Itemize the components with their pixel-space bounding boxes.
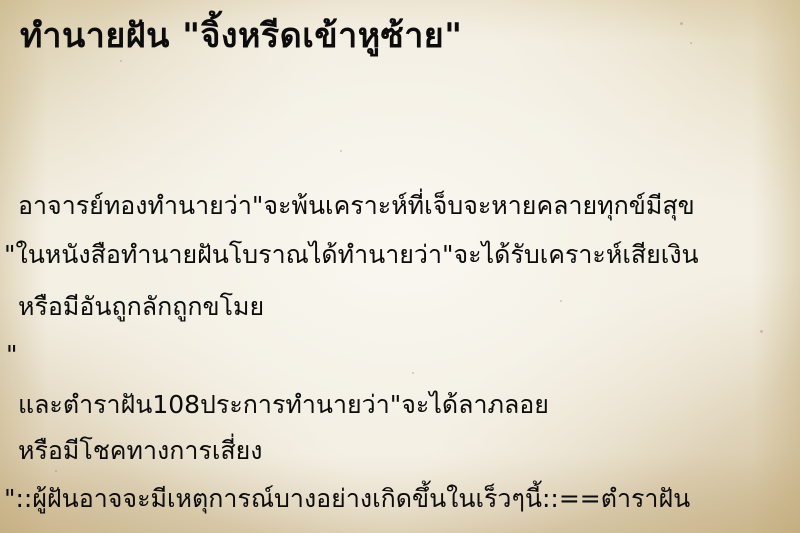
text-line: "::ผู้ฝันอาจจะมีเหตุการณ์บางอย่างเกิดขึ้… (4, 484, 690, 514)
text-line: " (6, 340, 18, 370)
paper-speck (680, 22, 683, 25)
page-title: ทำนายฝัน "จิ้งหรีดเข้าหูซ้าย" (20, 16, 462, 57)
paper-speck (690, 42, 692, 44)
text-line: "ในหนังสือทำนายฝันโบราณได้ทำนายว่า"จะได้… (4, 240, 699, 270)
paper-speck (55, 470, 57, 472)
paper-speck (560, 300, 562, 302)
paper-speck (120, 60, 122, 62)
text-line: หรือมีอันถูกลักถูกขโมย (18, 292, 264, 322)
text-line: และตำราฝัน108ประการทำนายว่า"จะได้ลาภลอย (18, 390, 549, 420)
text-line: อาจารย์ทองทำนายว่า"จะพ้นเคราะห์ที่เจ็บจะ… (18, 191, 695, 221)
text-line: หรือมีโชคทางการเสี่ยง (18, 436, 263, 466)
paper-speck (412, 372, 414, 374)
paper-speck (340, 150, 342, 152)
paper-speck (760, 330, 763, 333)
